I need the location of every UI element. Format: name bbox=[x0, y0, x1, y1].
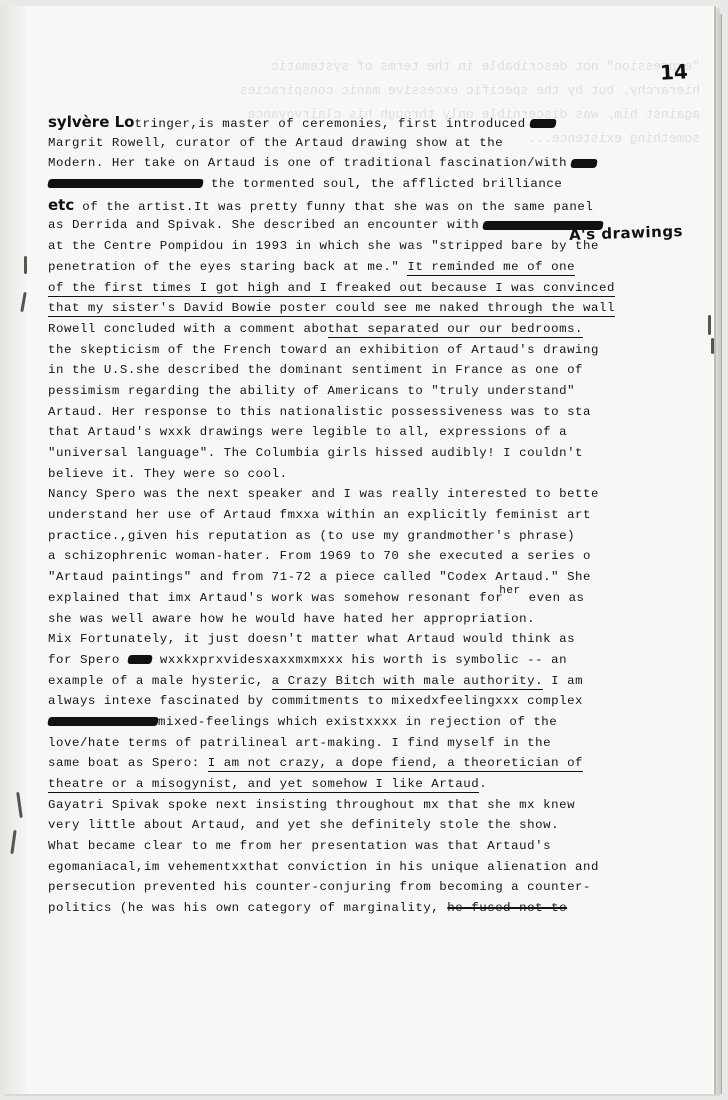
typed-text: of the artist.It was pretty funny that s… bbox=[74, 200, 593, 214]
text-line: Nancy Spero was the next speaker and I w… bbox=[48, 484, 728, 505]
text-line: she was well aware how he would have hat… bbox=[48, 609, 728, 630]
typed-text: politics (he was his own category of mar… bbox=[48, 901, 447, 915]
text-line: explained that imx Artaud's work was som… bbox=[48, 588, 728, 609]
typed-text: pessimism regarding the ability of Ameri… bbox=[48, 384, 575, 398]
underlined-text: of the first times I got high and I frea… bbox=[48, 281, 615, 297]
text-line: sylvère Lotringer,is master of ceremonie… bbox=[48, 112, 728, 133]
margin-mark bbox=[24, 256, 27, 274]
typed-text: persecution prevented his counter-conjur… bbox=[48, 880, 591, 894]
underlined-text: I am not crazy, a dope fiend, a theoreti… bbox=[208, 756, 583, 772]
text-line: mixed-feelings which existxxxx in reject… bbox=[48, 712, 728, 733]
text-line: love/hate terms of patrilineal art-makin… bbox=[48, 733, 728, 754]
text-line: Rowell concluded with a comment abothat … bbox=[48, 319, 728, 340]
text-line: same boat as Spero: I am not crazy, a do… bbox=[48, 753, 728, 774]
text-line: "Artaud paintings" and from 71-72 a piec… bbox=[48, 567, 728, 588]
text-line: very little about Artaud, and yet she de… bbox=[48, 815, 728, 836]
text-line: as Derrida and Spivak. She described an … bbox=[48, 215, 728, 236]
typed-text: "universal language". The Columbia girls… bbox=[48, 446, 583, 460]
typed-text: example of a male hysteric, bbox=[48, 674, 272, 688]
text-line: Margrit Rowell, curator of the Artaud dr… bbox=[48, 133, 728, 154]
text-line: persecution prevented his counter-conjur… bbox=[48, 877, 728, 898]
redaction-mark bbox=[570, 159, 598, 168]
underlined-text: It reminded me of one bbox=[407, 260, 575, 276]
handwritten-text: etc bbox=[48, 196, 74, 214]
text-line: penetration of the eyes staring back at … bbox=[48, 257, 728, 278]
text-line: Modern. Her take on Artaud is one of tra… bbox=[48, 153, 728, 174]
typed-text: for Spero bbox=[48, 653, 128, 667]
typed-text: love/hate terms of patrilineal art-makin… bbox=[48, 736, 551, 750]
text-line: What became clear to me from her present… bbox=[48, 836, 728, 857]
text-line: a schizophrenic woman-hater. From 1969 t… bbox=[48, 546, 728, 567]
typed-text: always intexe fascinated by commitments … bbox=[48, 694, 583, 708]
text-line: practice.,given his reputation as (to us… bbox=[48, 526, 728, 547]
text-line: of the first times I got high and I frea… bbox=[48, 278, 728, 299]
text-line: Artaud. Her response to this nationalist… bbox=[48, 402, 728, 423]
typewritten-body: sylvère Lotringer,is master of ceremonie… bbox=[48, 112, 728, 919]
text-line: "universal language". The Columbia girls… bbox=[48, 443, 728, 464]
text-line: understand her use of Artaud fmxxa withi… bbox=[48, 505, 728, 526]
underlined-text: theatre or a misogynist, and yet somehow… bbox=[48, 777, 479, 793]
text-line: the skepticism of the French toward an e… bbox=[48, 340, 728, 361]
typed-text: I am bbox=[543, 674, 583, 688]
text-line: believe it. They were so cool. bbox=[48, 464, 728, 485]
underlined-text: that separated our our bedrooms. bbox=[328, 322, 584, 338]
page-number: 14 bbox=[659, 59, 688, 84]
text-line: always intexe fascinated by commitments … bbox=[48, 691, 728, 712]
typed-text: penetration of the eyes staring back at … bbox=[48, 260, 407, 274]
typed-text: she was well aware how he would have hat… bbox=[48, 612, 535, 626]
typed-text: same boat as Spero: bbox=[48, 756, 208, 770]
text-line: the tormented soul, the afflicted brilli… bbox=[48, 174, 728, 195]
typed-text: believe it. They were so cool. bbox=[48, 467, 288, 481]
text-line: egomaniacal,im vehementxxthat conviction… bbox=[48, 857, 728, 878]
typed-text: explained that imx Artaud's work was som… bbox=[48, 591, 503, 605]
text-line: Mix Fortunately, it just doesn't matter … bbox=[48, 629, 728, 650]
redaction-mark bbox=[529, 119, 557, 128]
underlined-text: that my sister's David Bowie poster coul… bbox=[48, 301, 615, 317]
underlined-text: a Crazy Bitch with male authority. bbox=[272, 674, 544, 690]
typed-text: "Artaud paintings" and from 71-72 a piec… bbox=[48, 570, 591, 584]
handwritten-text: sylvère Lo bbox=[48, 113, 134, 131]
text-line: example of a male hysteric, a Crazy Bitc… bbox=[48, 671, 728, 692]
typed-text: wxxkxprxvidesxaxxmxmxxx his worth is sym… bbox=[152, 653, 567, 667]
struck-text: he fused not to bbox=[447, 901, 567, 915]
text-line: pessimism regarding the ability of Ameri… bbox=[48, 381, 728, 402]
typed-text: a schizophrenic woman-hater. From 1969 t… bbox=[48, 549, 591, 563]
typed-text: . bbox=[479, 777, 487, 791]
typed-text: practice.,given his reputation as (to us… bbox=[48, 529, 575, 543]
typed-text: very little about Artaud, and yet she de… bbox=[48, 818, 559, 832]
text-line: politics (he was his own category of mar… bbox=[48, 898, 728, 919]
typed-text: Artaud. Her response to this nationalist… bbox=[48, 405, 591, 419]
typed-text: Mix Fortunately, it just doesn't matter … bbox=[48, 632, 575, 646]
typed-text: tringer,is master of ceremonies, first i… bbox=[134, 117, 525, 131]
binding-shadow bbox=[0, 6, 26, 1094]
redaction-mark bbox=[47, 179, 204, 188]
text-line: theatre or a misogynist, and yet somehow… bbox=[48, 774, 728, 795]
typed-text: Gayatri Spivak spoke next insisting thro… bbox=[48, 798, 575, 812]
typed-text: What became clear to me from her present… bbox=[48, 839, 551, 853]
typed-text: Margrit Rowell, curator of the Artaud dr… bbox=[48, 136, 503, 150]
text-line: Gayatri Spivak spoke next insisting thro… bbox=[48, 795, 728, 816]
typed-text: at the Centre Pompidou in 1993 in which … bbox=[48, 239, 599, 253]
typed-text: understand her use of Artaud fmxxa withi… bbox=[48, 508, 591, 522]
text-line: that Artaud's wxxk drawings were legible… bbox=[48, 422, 728, 443]
typed-text: that Artaud's wxxk drawings were legible… bbox=[48, 425, 567, 439]
redaction-mark bbox=[127, 655, 153, 664]
typed-text: mixed-feelings which existxxxx in reject… bbox=[158, 715, 557, 729]
text-line: for Spero wxxkxprxvidesxaxxmxmxxx his wo… bbox=[48, 650, 728, 671]
handwritten-insertion: her bbox=[499, 585, 520, 597]
redaction-mark bbox=[47, 717, 159, 726]
typed-text: even as bbox=[521, 591, 585, 605]
redaction-mark bbox=[482, 221, 604, 230]
typed-text: Nancy Spero was the next speaker and I w… bbox=[48, 487, 599, 501]
text-line: that my sister's David Bowie poster coul… bbox=[48, 298, 728, 319]
typed-text: the tormented soul, the afflicted brilli… bbox=[203, 177, 562, 191]
typed-text: as Derrida and Spivak. She described an … bbox=[48, 218, 479, 232]
typed-text: the skepticism of the French toward an e… bbox=[48, 343, 599, 357]
typed-text: Rowell concluded with a comment abo bbox=[48, 322, 328, 336]
typed-text: egomaniacal,im vehementxxthat conviction… bbox=[48, 860, 599, 874]
text-line: in the U.S.she described the dominant se… bbox=[48, 360, 728, 381]
typed-text: in the U.S.she described the dominant se… bbox=[48, 363, 583, 377]
text-line: at the Centre Pompidou in 1993 in which … bbox=[48, 236, 728, 257]
text-line: etc of the artist.It was pretty funny th… bbox=[48, 195, 728, 216]
typed-text: Modern. Her take on Artaud is one of tra… bbox=[48, 156, 567, 170]
